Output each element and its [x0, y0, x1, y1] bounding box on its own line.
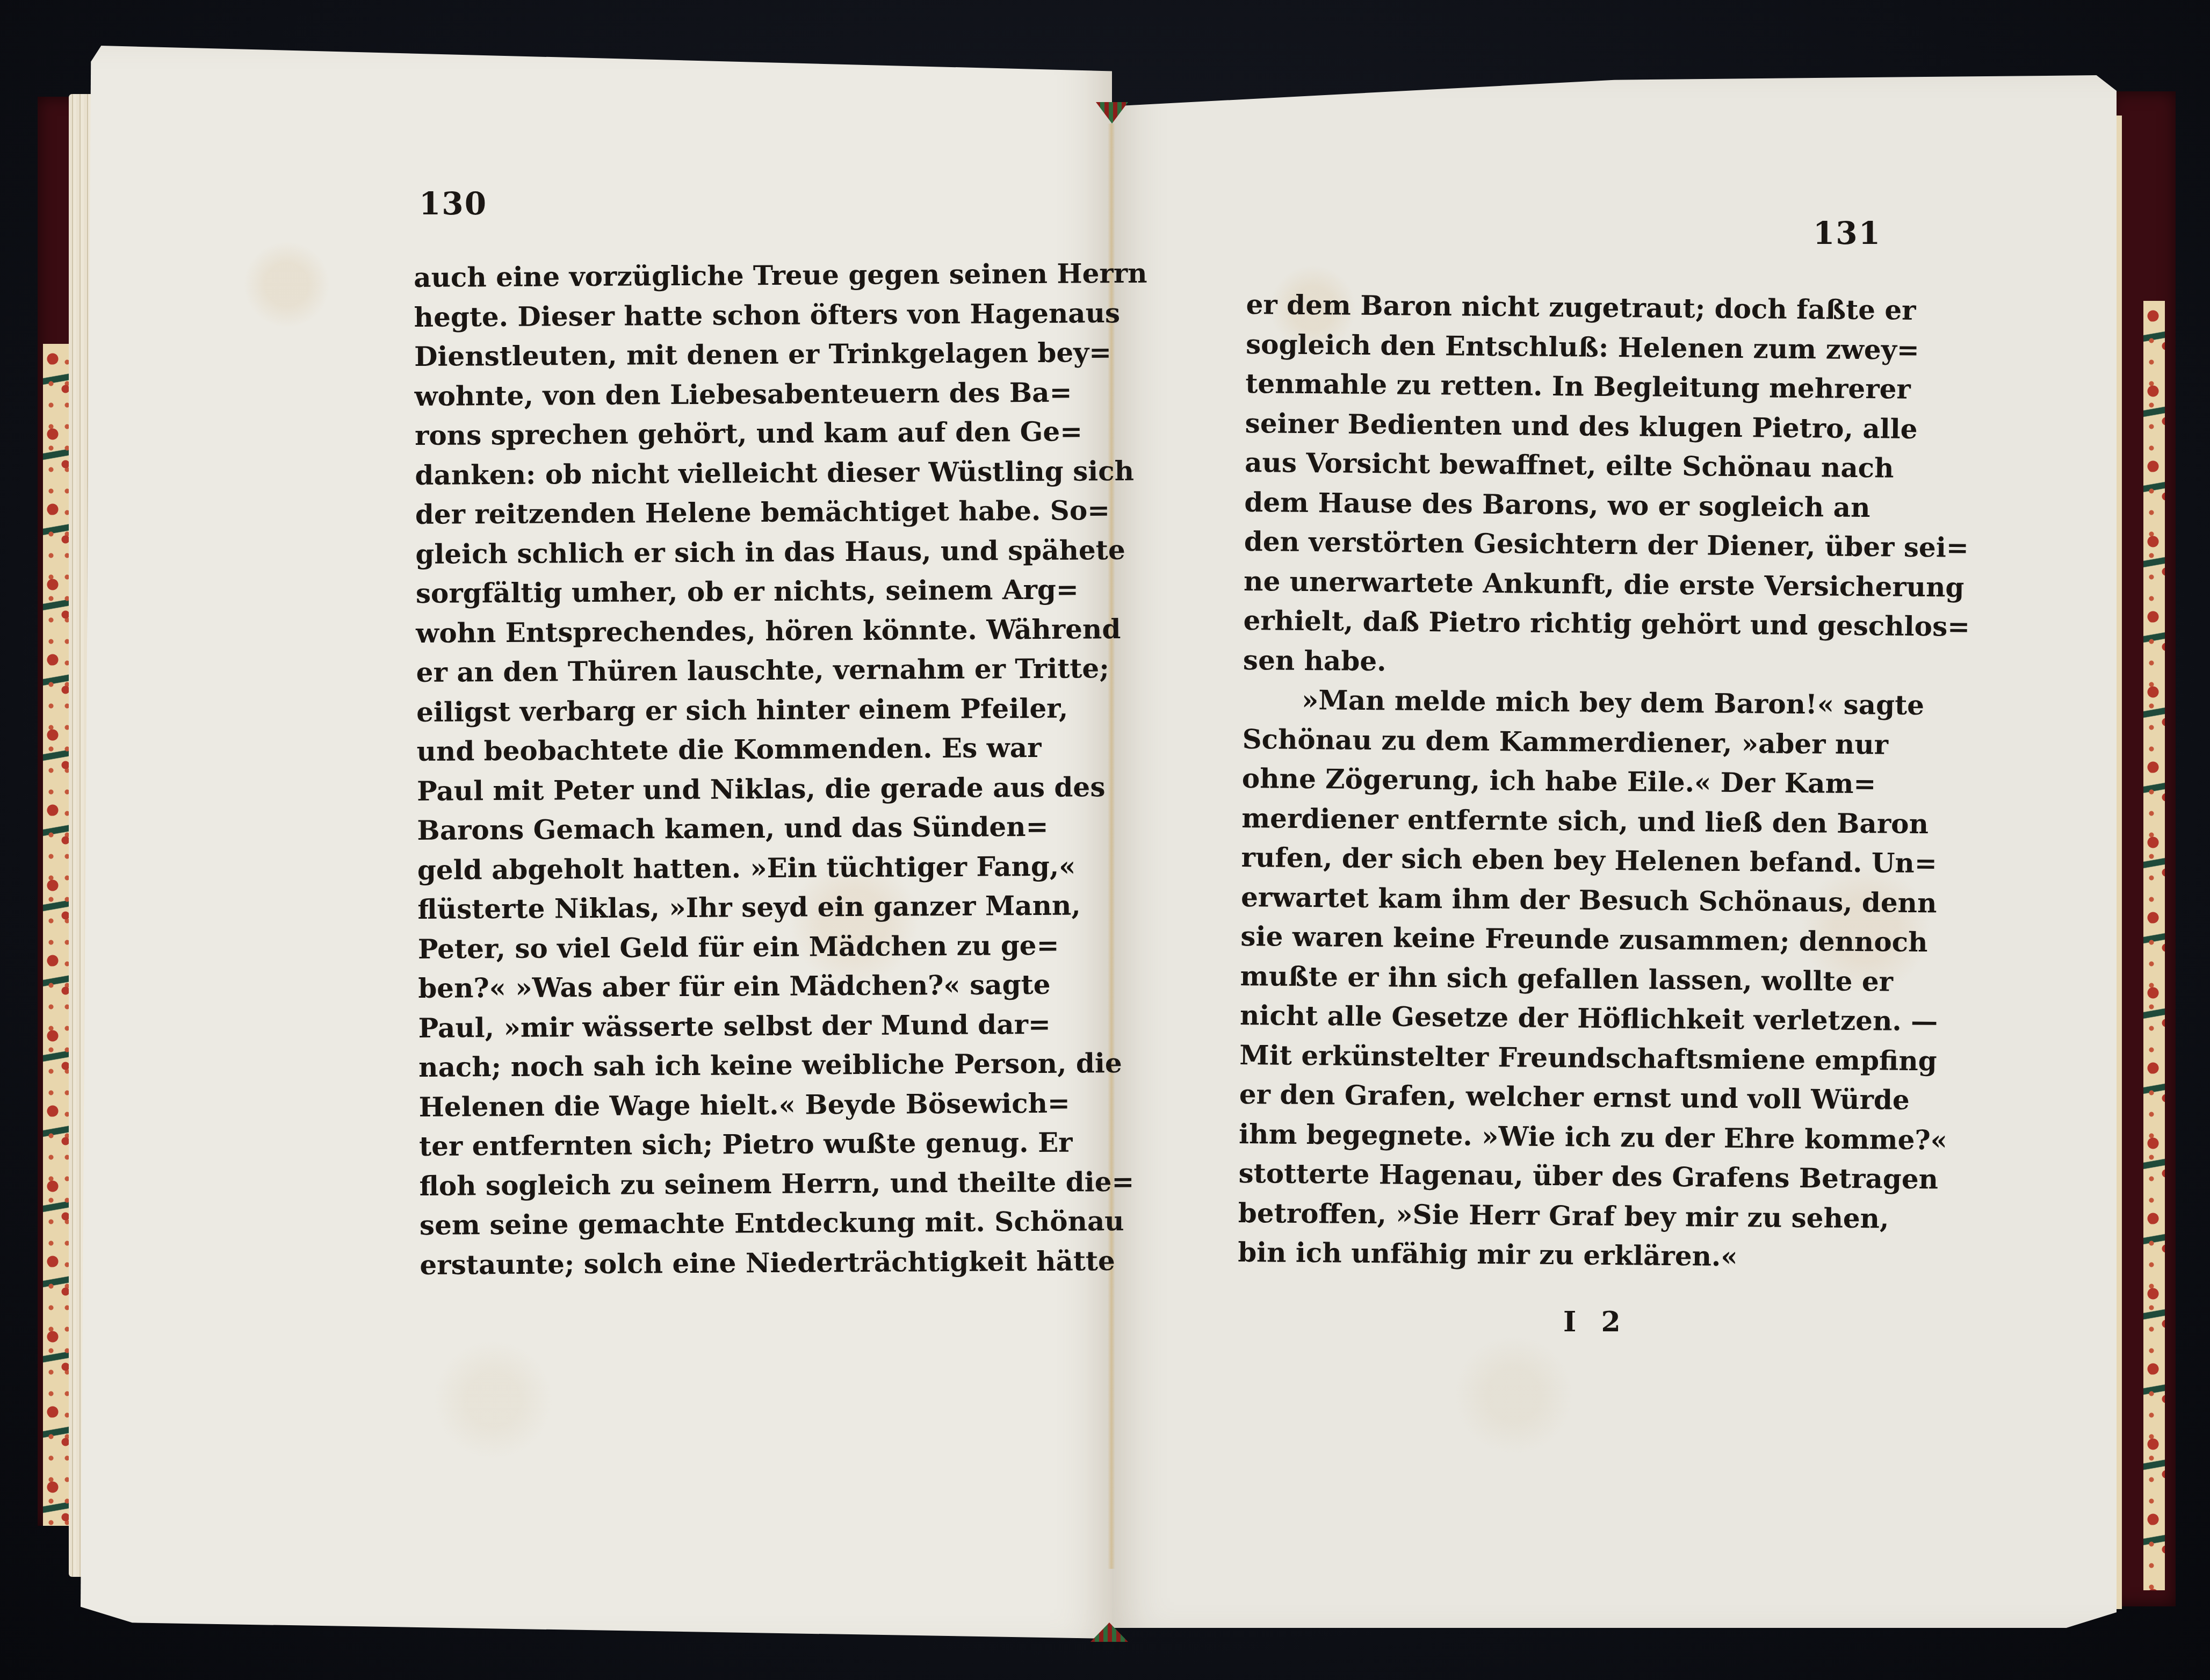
right-marbled-endpaper [2143, 301, 2165, 1590]
text-line: nach; noch sah ich keine weibliche Perso… [418, 1044, 1031, 1087]
text-line: ter entfernten sich; Pietro wußte genug.… [419, 1123, 1031, 1166]
text-line: erhielt, daß Pietro richtig gehört und g… [1243, 601, 1848, 645]
text-line: danken: ob nicht vielleicht dieser Wüstl… [415, 452, 1027, 495]
text-line: er den Grafen, welcher ernst und voll Wü… [1239, 1075, 1844, 1119]
text-line: Helenen die Wage hielt.« Beyde Bösewich= [418, 1084, 1031, 1127]
text-line: sen habe. [1243, 640, 1848, 684]
text-line: ihm begegnete. »Wie ich zu der Ehre komm… [1239, 1114, 1844, 1158]
text-line: ohne Zögerung, ich habe Eile.« Der Kam= [1242, 759, 1847, 803]
text-line: und beobachtete die Kommenden. Es war [416, 728, 1029, 771]
text-line: nicht alle Gesetze der Höflichkeit verle… [1240, 996, 1845, 1040]
text-line: sogleich den Entschluß: Helenen zum zwey… [1246, 324, 1851, 369]
text-line: mußte er ihn sich gefallen lassen, wollt… [1240, 956, 1845, 1000]
text-line: aus Vorsicht bewaffnet, eilte Schönau na… [1245, 443, 1850, 487]
text-line: sie waren keine Freunde zusammen; dennoc… [1240, 917, 1845, 961]
text-line: eiligst verbarg er sich hinter einem Pfe… [416, 689, 1029, 732]
text-line: erstaunte; solch eine Niederträchtigkeit… [420, 1242, 1032, 1285]
text-line: Peter, so viel Geld für ein Mädchen zu g… [418, 926, 1030, 969]
text-line: rons sprechen gehört, und kam auf den Ge… [415, 412, 1027, 455]
text-line: Paul mit Peter und Niklas, die gerade au… [417, 768, 1029, 811]
text-line: sorgfältig umher, ob er nichts, seinem A… [416, 570, 1028, 613]
text-line: er an den Thüren lauschte, vernahm er Tr… [416, 649, 1028, 692]
text-line: »Man melde mich bey dem Baron!« sagte [1243, 680, 1847, 724]
text-line: den verstörten Gesichtern der Diener, üb… [1244, 522, 1849, 566]
text-line: merdiener entfernte sich, und ließ den B… [1241, 798, 1846, 842]
text-line: geld abgeholt hatten. »Ein tüchtiger Fan… [417, 847, 1030, 890]
text-line: seiner Bedienten und des klugen Pietro, … [1245, 403, 1850, 448]
right-page-text: er dem Baron nicht zugetraut; doch faßte… [1238, 285, 1851, 1277]
text-line: wohnte, von den Liebesabenteuern des Ba= [414, 373, 1027, 416]
text-line: dem Hause des Barons, wo er sogleich an [1244, 482, 1849, 527]
text-line: Paul, »mir wässerte selbst der Mund dar= [418, 1005, 1031, 1048]
text-line: bin ich unfähig mir zu erklären.« [1238, 1232, 1843, 1277]
right-page-number: 131 [1813, 215, 1881, 251]
text-line: erwartet kam ihm der Besuch Schönaus, de… [1241, 877, 1846, 921]
text-line: rufen, der sich eben bey Helenen befand.… [1241, 838, 1846, 882]
text-line: Barons Gemach kamen, und das Sünden= [417, 807, 1029, 850]
text-line: auch eine vorzügliche Treue gegen seinen… [414, 254, 1026, 297]
text-line: gleich schlich er sich in das Haus, und … [415, 531, 1028, 574]
text-line: Mit erkünstelter Freundschaftsmiene empf… [1239, 1035, 1844, 1079]
text-line: floh sogleich zu seinem Herrn, und theil… [419, 1163, 1031, 1206]
signature-mark: I 2 [1563, 1306, 1628, 1338]
text-line: ben?« »Was aber für ein Mädchen?« sagte [418, 965, 1030, 1008]
text-line: sem seine gemachte Entdeckung mit. Schön… [420, 1202, 1032, 1245]
text-line: der reitzenden Helene bemächtiget habe. … [415, 491, 1028, 534]
left-marbled-endpaper [43, 344, 69, 1526]
text-line: betroffen, »Sie Herr Graf bey mir zu seh… [1238, 1193, 1843, 1237]
left-page-number: 130 [419, 185, 487, 222]
left-page-text: auch eine vorzügliche Treue gegen seinen… [414, 254, 1032, 1285]
text-line: stotterte Hagenau, über des Grafens Betr… [1238, 1153, 1843, 1198]
text-line: wohn Entsprechendes, hören könnte. Währe… [416, 610, 1028, 653]
text-line: flüsterte Niklas, »Ihr seyd ein ganzer M… [417, 886, 1030, 929]
text-line: Dienstleuten, mit denen er Trinkgelagen … [414, 333, 1027, 376]
text-line: tenmahle zu retten. In Begleitung mehrer… [1245, 364, 1850, 408]
text-line: er dem Baron nicht zugetraut; doch faßte… [1246, 285, 1851, 329]
text-line: Schönau zu dem Kammerdiener, »aber nur [1242, 719, 1847, 763]
text-line: hegte. Dieser hatte schon öfters von Hag… [414, 294, 1026, 337]
text-line: ne unerwartete Ankunft, die erste Versic… [1244, 561, 1848, 605]
